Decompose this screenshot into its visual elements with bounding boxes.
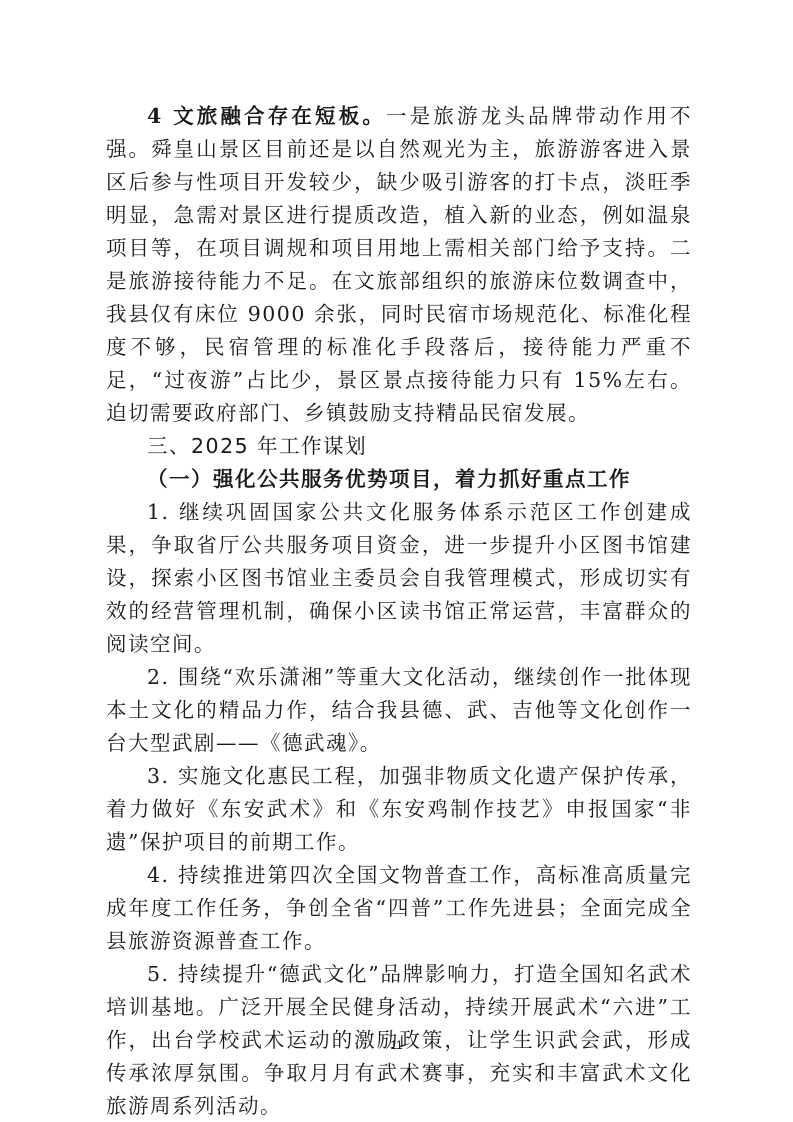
document-body: 4 文旅融合存在短板。一是旅游龙头品牌带动作用不强。舜皇山景区目前还是以自然观光…	[106, 100, 692, 1122]
sub-heading: （一）强化公共服务优势项目，着力抓好重点工作	[106, 463, 692, 496]
paragraph-lead: 4 文旅融合存在短板。	[147, 104, 386, 128]
plan-item-2: 2. 围绕“欢乐潇湘”等重大文化活动，继续创作一批体现本土文化的精品力作，结合我…	[106, 661, 692, 760]
paragraph-issue-4: 4 文旅融合存在短板。一是旅游龙头品牌带动作用不强。舜皇山景区目前还是以自然观光…	[106, 100, 692, 430]
page-number: 11	[0, 1038, 793, 1052]
plan-item-4: 4. 持续推进第四次全国文物普查工作，高标准高质量完成年度工作任务，争创全省“四…	[106, 859, 692, 958]
paragraph-text: 一是旅游龙头品牌带动作用不强。舜皇山景区目前还是以自然观光为主，旅游游客进入景区…	[106, 104, 692, 425]
document-page: 4 文旅融合存在短板。一是旅游龙头品牌带动作用不强。舜皇山景区目前还是以自然观光…	[0, 0, 793, 1122]
plan-item-3: 3. 实施文化惠民工程，加强非物质文化遗产保护传承，着力做好《东安武术》和《东安…	[106, 760, 692, 859]
section-heading: 三、2025 年工作谋划	[106, 430, 692, 463]
plan-item-1: 1. 继续巩固国家公共文化服务体系示范区工作创建成果，争取省厅公共服务项目资金，…	[106, 496, 692, 661]
